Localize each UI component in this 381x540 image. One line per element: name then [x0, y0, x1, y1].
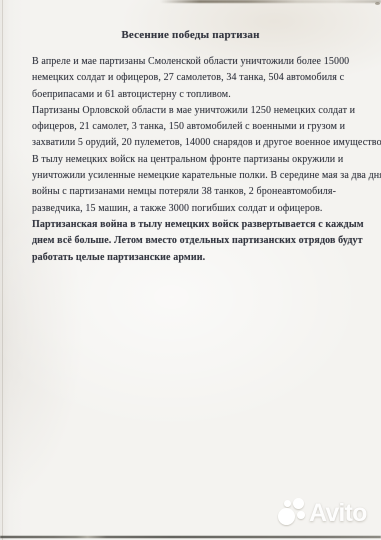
text-line: днем всё больше. Летом вместо отдельных … [32, 233, 367, 249]
text-line: работать целые партизанские армии. [32, 250, 367, 266]
text-line: В тылу немецких войск на центральном фро… [32, 152, 367, 168]
logo-circle-medium-top-right [293, 498, 304, 509]
scan-corner-mark [375, 2, 380, 5]
logo-circle-tiny-bottom-right [297, 511, 305, 519]
paragraph-3: В тылу немецких войск на центральном фро… [32, 152, 367, 217]
text-line: войны с партизанами немцы потеряли 38 та… [32, 184, 367, 200]
text-line: немецких солдат и офицеров, 27 самолетов… [32, 70, 367, 86]
logo-circle-small-top-left [284, 500, 291, 507]
scan-bottom-edge-shadow [0, 536, 381, 539]
text-line: Партизанская война в тылу немецких войск… [32, 217, 367, 233]
document-title: Весенние победы партизан [0, 0, 381, 43]
logo-circle-large-bottom-left [278, 508, 295, 525]
text-line: разведчика, 15 машин, а также 3000 погиб… [32, 201, 367, 217]
text-line: В апреле и мае партизаны Смоленской обла… [32, 54, 367, 70]
avito-brand-text: Avito [309, 499, 367, 527]
avito-watermark: Avito [276, 497, 380, 531]
scan-left-edge-line [2, 0, 3, 540]
text-line: уничтожили усиленные немецкие карательны… [32, 168, 367, 184]
paragraph-1: В апреле и мае партизаны Смоленской обла… [32, 54, 367, 103]
text-line: захватили 5 орудий, 20 пулеметов, 14000 … [32, 135, 367, 151]
text-line: офицеров, 21 самолет, 3 танка, 150 автом… [32, 119, 367, 135]
scanned-document-page: Весенние победы партизан В апреле и мае … [0, 0, 381, 540]
text-line: боеприпасами и 61 автоцистерну с топливо… [32, 87, 367, 103]
text-line: Партизаны Орловской области в мае уничто… [32, 103, 367, 119]
document-body: В апреле и мае партизаны Смоленской обла… [32, 54, 367, 266]
paragraph-4-bold: Партизанская война в тылу немецких войск… [32, 217, 367, 266]
scan-top-edge-shadow [160, 0, 381, 3]
paragraph-2: Партизаны Орловской области в мае уничто… [32, 103, 367, 152]
avito-logo-icon [276, 497, 308, 529]
